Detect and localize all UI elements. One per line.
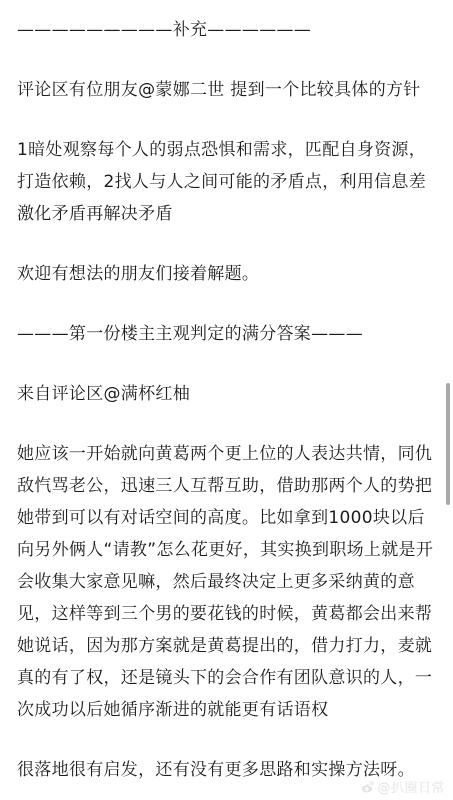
source-line: 来自评论区@满杯红柚 [17, 378, 435, 410]
invite-line: 欢迎有想法的朋友们接着解题。 [17, 258, 435, 290]
watermark: @扒圈日常 [360, 777, 445, 796]
watermark-handle: @扒圈日常 [377, 777, 445, 796]
weibo-logo-icon [360, 780, 374, 794]
scrollbar-thumb[interactable] [446, 383, 450, 505]
divider-answer: ———第一份楼主主观判定的满分答案——— [17, 318, 435, 350]
intro-line: 评论区有位朋友@蒙娜二世 提到一个比较具体的方针 [17, 74, 435, 106]
divider-supplement: —————————补充—————— [17, 14, 435, 46]
answer-paragraph: 她应该一开始就向黄葛两个更上位的人表达共情，同仇敌忾骂老公，迅速三人互帮互助，借… [17, 438, 435, 726]
post-body: —————————补充—————— 评论区有位朋友@蒙娜二世 提到一个比较具体的… [17, 14, 435, 786]
strategy-paragraph: 1暗处观察每个人的弱点恐惧和需求，匹配自身资源，打造依赖，2找人与人之间可能的矛… [17, 134, 435, 230]
